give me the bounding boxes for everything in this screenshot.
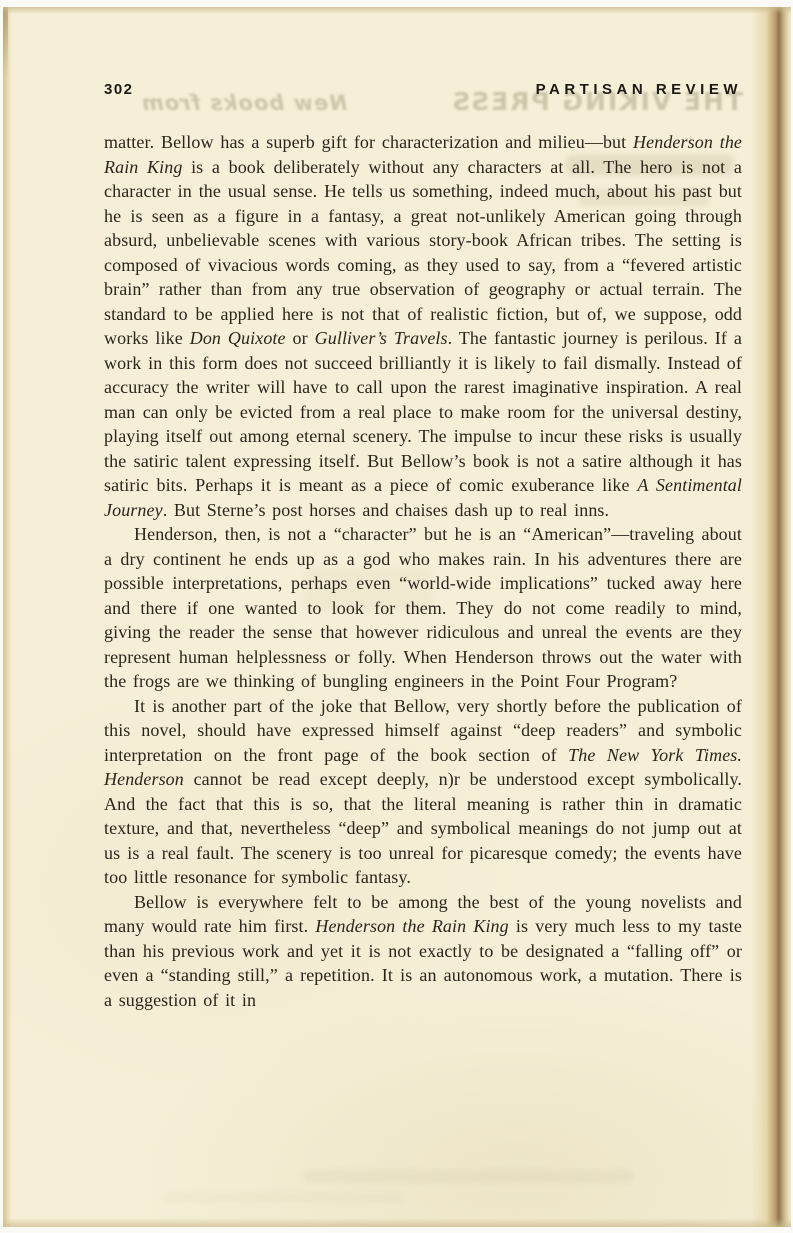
- page-bottom-edge: [3, 1218, 791, 1227]
- page-top-edge: [3, 7, 791, 14]
- paragraph: Bellow is everywhere felt to be among th…: [104, 890, 742, 1013]
- paragraph: It is another part of the joke that Bell…: [104, 694, 742, 890]
- paragraph: matter. Bellow has a superb gift for cha…: [104, 130, 742, 522]
- journal-title: PARTISAN REVIEW: [536, 81, 742, 98]
- article-text: matter. Bellow has a superb gift for cha…: [104, 130, 742, 1012]
- page-header: 302 PARTISAN REVIEW: [104, 81, 742, 98]
- scanned-page: New books from THE VIKING PRESS 302 PART…: [3, 7, 791, 1227]
- bleed-through-smudge: [303, 1170, 633, 1183]
- page-number: 302: [104, 81, 134, 98]
- bleed-through-smudge: [163, 1192, 403, 1203]
- page-right-gutter-shadow: [751, 7, 791, 1227]
- page-left-edge: [3, 7, 12, 1227]
- paragraph: Henderson, then, is not a “character” bu…: [104, 522, 742, 694]
